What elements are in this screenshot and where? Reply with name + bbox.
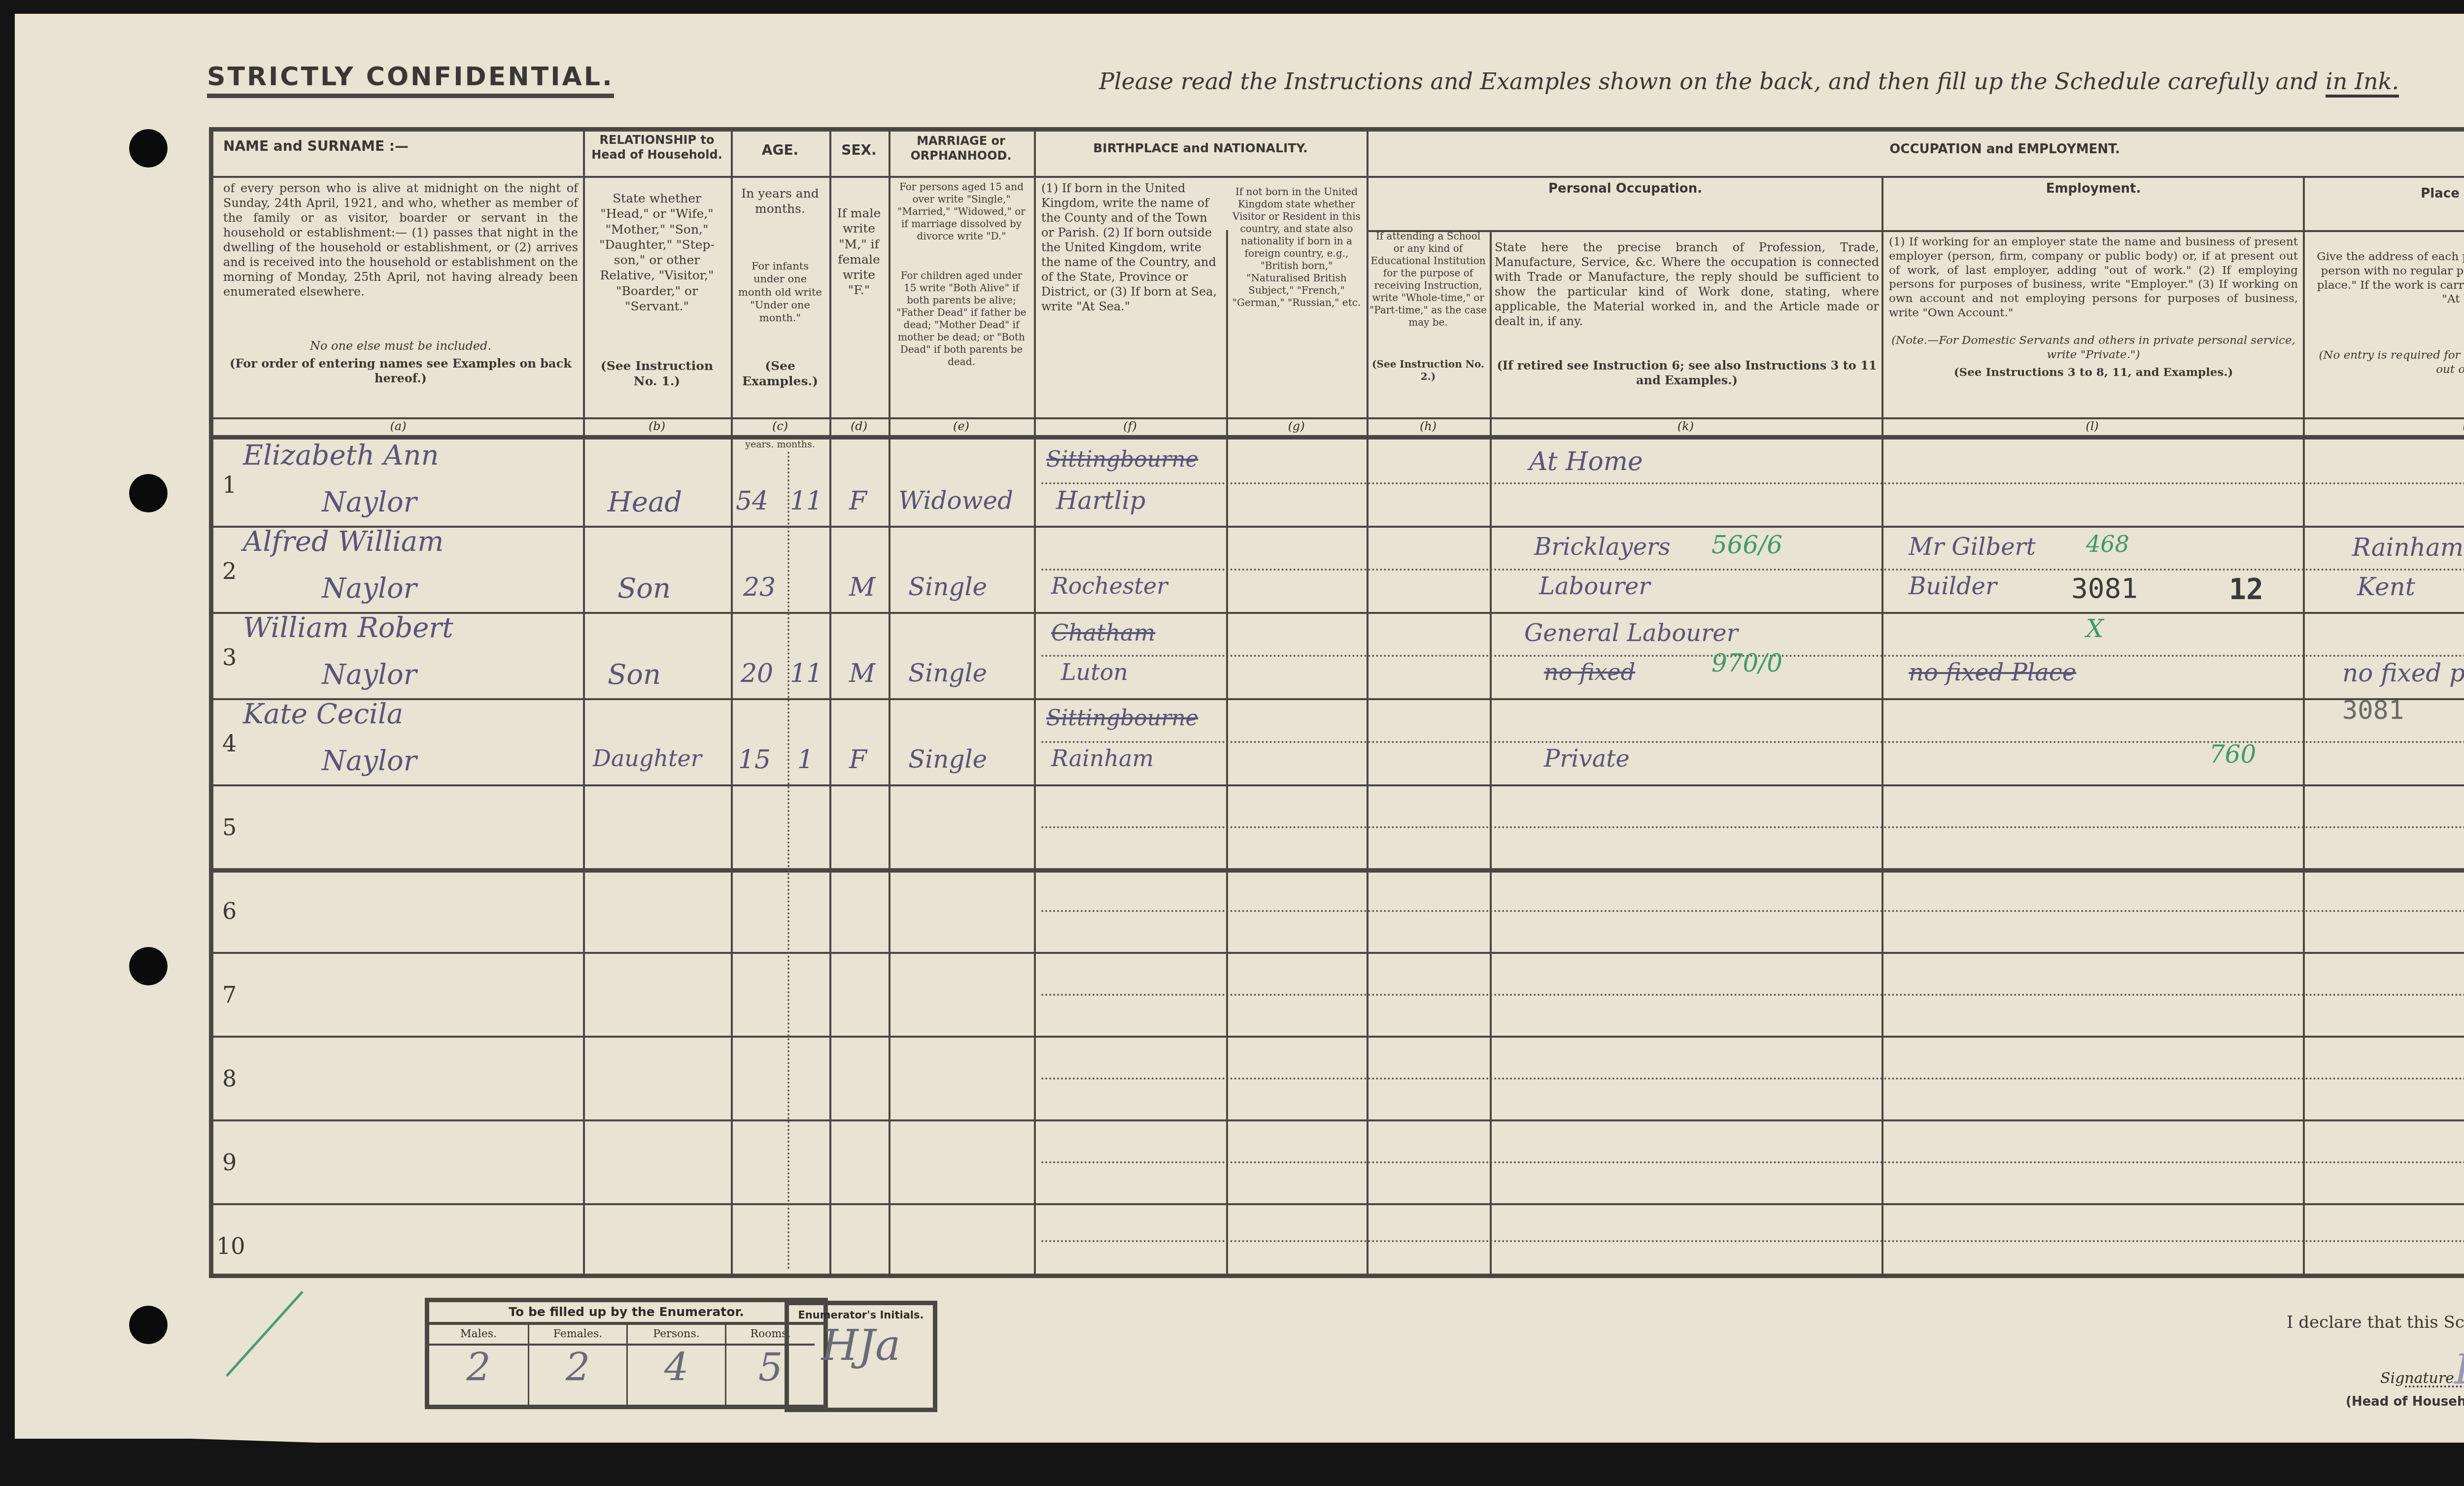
scan-border-bottom: [0, 1439, 2464, 1486]
employment-code: 760: [2209, 740, 2256, 769]
name-surname[interactable]: Naylor: [322, 486, 416, 518]
row-rule: [213, 612, 2464, 614]
confidential-heading: STRICTLY CONFIDENTIAL.: [207, 62, 614, 98]
initials-label: Enumerator's Initials.: [789, 1305, 933, 1321]
females-cell: Females. 2: [528, 1325, 626, 1405]
row-number: 4: [222, 730, 237, 757]
col-employment-note: (Note.—For Domestic Servants and others …: [1889, 334, 2298, 362]
col-marriage-title: MARRIAGE or ORPHANHOOD.: [890, 134, 1032, 163]
col-key-k: (k): [1490, 419, 1882, 433]
name-surname[interactable]: Naylor: [322, 745, 416, 777]
row-midline: [1041, 482, 2464, 484]
census-table: NAME and SURNAME :— of every person who …: [209, 127, 2464, 1278]
row-midline: [1041, 1078, 2464, 1080]
birthplace-value[interactable]: Rochester: [1051, 573, 1167, 599]
occupation-struck[interactable]: no fixed: [1544, 659, 1635, 685]
col-divider: [583, 132, 585, 1275]
row-rule-thick: [213, 868, 2464, 873]
relationship-value[interactable]: Son: [617, 573, 671, 605]
males-cell: Males. 2: [429, 1325, 528, 1405]
header-rule: [1367, 230, 2464, 232]
signature-line: [2405, 1385, 2464, 1387]
row-rule: [213, 784, 2464, 786]
row-rule: [213, 698, 2464, 700]
row-number: 7: [222, 981, 237, 1008]
row-number: 3: [222, 644, 237, 671]
col-education-footer: (See Instruction No. 2.): [1369, 358, 1487, 383]
employment-check-mark: X: [2086, 614, 2104, 643]
name-first[interactable]: William Robert: [243, 612, 453, 644]
header-rule: [213, 435, 2464, 439]
col-divider: [1367, 132, 1369, 1275]
place-of-work-value-2[interactable]: Kent: [2357, 573, 2415, 601]
col-birthplace-g-body: If not born in the United Kingdom state …: [1230, 186, 1364, 309]
scan-border-top: [0, 0, 2464, 14]
row-rule: [213, 526, 2464, 528]
marriage-value[interactable]: Single: [908, 573, 987, 601]
col-sex-body: If male write "M," if female write "F.": [834, 205, 884, 298]
col-place-of-work-note: (No entry is required for any person who…: [2310, 348, 2464, 377]
coding-stamp: 3081: [2071, 573, 2138, 605]
age-years[interactable]: 15: [738, 745, 771, 775]
row-rule: [213, 1119, 2464, 1121]
col-personal-occupation-footer: (If retired see Instruction 6; see also …: [1495, 358, 1879, 388]
declaration-text: I declare that this Schedule is correctl…: [2287, 1313, 2464, 1332]
marriage-value[interactable]: Single: [908, 745, 987, 774]
age-months[interactable]: 11: [790, 659, 822, 688]
row-midline: [1041, 910, 2464, 912]
col-marriage-note: For children aged under 15 write "Both A…: [893, 270, 1029, 368]
row-midline: [1041, 826, 2464, 828]
col-key-f: (f): [1034, 419, 1226, 433]
enumerator-initials-box: Enumerator's Initials. HJa: [785, 1301, 937, 1412]
row-midline: [1041, 1240, 2464, 1242]
birthplace-value[interactable]: Luton: [1061, 659, 1128, 685]
instruction-line: Please read the Instructions and Example…: [1099, 68, 2399, 95]
in-ink-emphasis: in Ink.: [2326, 68, 2399, 98]
col-divider: [829, 132, 831, 1275]
employment-value-2[interactable]: Builder: [1909, 573, 1997, 600]
row-number: 5: [222, 814, 237, 841]
row-midline: [1041, 994, 2464, 996]
occupation-code: 970/0: [1711, 649, 1782, 677]
enumerator-totals-box: To be filled up by the Enumerator. Males…: [425, 1298, 828, 1409]
row-number: 1: [222, 472, 237, 498]
sex-value[interactable]: M: [849, 659, 875, 688]
age-subheader: years. months.: [733, 439, 827, 451]
punch-hole: [129, 474, 168, 512]
employment-struck[interactable]: no fixed Place: [1909, 659, 2076, 686]
col-occupation-group-title: OCCUPATION and EMPLOYMENT.: [1367, 141, 2464, 158]
birthplace-struck[interactable]: Sittingbourne: [1046, 706, 1198, 731]
col-key-e: (e): [889, 419, 1034, 433]
col-relationship-footer: (See Instruction No. 1.): [588, 358, 726, 389]
col-place-of-work-title: Place of Work.: [2305, 186, 2464, 202]
col-birthplace-f-body: (1) If born in the United Kingdom, write…: [1041, 181, 1224, 314]
marriage-value[interactable]: Single: [908, 659, 987, 687]
signature-note: (Head of Household, Manager of Establish…: [2346, 1394, 2464, 1409]
col-name-note: No one else must be included.: [223, 338, 578, 353]
col-key-h: (h): [1367, 419, 1490, 433]
birthplace-struck[interactable]: Chatham: [1051, 619, 1155, 646]
name-first[interactable]: Alfred William: [243, 526, 444, 558]
sex-value[interactable]: M: [849, 573, 875, 602]
name-surname[interactable]: Naylor: [322, 659, 416, 691]
occupation-value[interactable]: At Home: [1529, 447, 1643, 476]
row-midline: [1041, 1161, 2464, 1163]
col-divider: [731, 132, 733, 1275]
females-count[interactable]: 2: [529, 1346, 626, 1390]
punch-hole: [129, 1306, 168, 1344]
col-name-body: of every person who is alive at midnight…: [223, 181, 578, 299]
initials-value[interactable]: HJa: [789, 1321, 933, 1370]
occupation-value[interactable]: General Labourer: [1524, 619, 1738, 647]
signature-label: Signature: [2380, 1370, 2454, 1387]
col-name-title: NAME and SURNAME :—: [223, 138, 409, 154]
col-employment-body: (1) If working for an employer state the…: [1889, 235, 2298, 320]
relationship-value[interactable]: Son: [608, 659, 661, 691]
col-key-m: (m): [2303, 419, 2464, 433]
col-key-a: (a): [213, 419, 583, 433]
row-midline: [1041, 569, 2464, 571]
persons-count[interactable]: 4: [628, 1346, 725, 1390]
col-divider: [1882, 176, 1883, 1275]
col-age-body: In years and months.: [736, 186, 824, 217]
row-rule: [213, 1036, 2464, 1038]
coding-stamp: 12: [2229, 573, 2263, 606]
col-sex-title: SEX.: [830, 141, 888, 159]
col-key-g: (g): [1226, 419, 1367, 433]
col-age-title: AGE.: [732, 141, 828, 159]
row-number: 9: [222, 1149, 237, 1176]
occupation-value-2[interactable]: Labourer: [1539, 573, 1650, 600]
age-years[interactable]: 20: [741, 659, 773, 688]
place-of-work-value[interactable]: no fixed place: [2342, 659, 2464, 687]
col-marriage-body: For persons aged 15 and over write "Sing…: [893, 181, 1029, 242]
row-number: 8: [222, 1065, 237, 1092]
employment-code: 468: [2086, 531, 2129, 557]
name-first[interactable]: Elizabeth Ann: [243, 439, 439, 472]
header-rule: [1034, 176, 2464, 178]
col-divider: [2303, 176, 2305, 1275]
age-years-months-divider: [787, 452, 789, 1270]
occupation-code: 566/6: [1711, 531, 1782, 559]
sex-value[interactable]: F: [849, 745, 867, 775]
birthplace-value[interactable]: Hartlip: [1056, 486, 1145, 515]
col-personal-occupation-body: State here the precise branch of Profess…: [1495, 240, 1879, 329]
header-rule: [213, 176, 1034, 178]
coding-stamp: 3081: [2342, 696, 2404, 725]
age-months[interactable]: 1: [797, 745, 814, 775]
row-rule: [213, 1203, 2464, 1205]
col-key-c: (c): [731, 419, 829, 433]
col-key-d: (d): [829, 419, 889, 433]
col-key-b: (b): [583, 419, 731, 433]
col-divider: [1226, 230, 1228, 1275]
relationship-value[interactable]: Head: [608, 486, 682, 518]
enumerator-box-title: To be filled up by the Enumerator.: [429, 1302, 823, 1325]
employment-value[interactable]: Mr Gilbert: [1909, 533, 2036, 561]
row-number: 10: [216, 1233, 245, 1259]
birthplace-struck[interactable]: Sittingbourne: [1046, 447, 1198, 472]
col-divider: [1490, 230, 1492, 1275]
birthplace-value[interactable]: Rainham: [1051, 745, 1154, 772]
col-key-l: (l): [1882, 419, 2303, 433]
marriage-value[interactable]: Widowed: [898, 486, 1013, 515]
col-place-of-work-body: Give the address of each person's place …: [2310, 250, 2464, 306]
col-relationship-title: RELATIONSHIP to Head of Household.: [584, 133, 730, 162]
occupation-value[interactable]: Bricklayers: [1534, 533, 1671, 561]
occupation-value[interactable]: Private: [1544, 745, 1630, 773]
col-name-footer: (For order of entering names see Example…: [223, 356, 578, 386]
col-age-footer: (See Examples.): [736, 358, 824, 389]
relationship-value[interactable]: Daughter: [593, 745, 702, 772]
punch-hole: [129, 129, 168, 168]
col-birthplace-title: BIRTHPLACE and NATIONALITY.: [1035, 140, 1366, 156]
name-first[interactable]: Kate Cecila: [243, 698, 403, 730]
males-count[interactable]: 2: [429, 1346, 528, 1390]
col-education-body: If attending a School or any kind of Edu…: [1369, 230, 1487, 329]
col-divider: [1034, 132, 1036, 1275]
row-number: 6: [222, 898, 237, 924]
col-employment-title: Employment.: [1884, 181, 2303, 197]
sex-value[interactable]: F: [849, 486, 867, 516]
persons-cell: Persons. 4: [626, 1325, 725, 1405]
row-number: 2: [222, 558, 237, 584]
punch-hole: [129, 947, 168, 985]
col-divider: [889, 132, 890, 1275]
row-rule: [213, 952, 2464, 954]
col-age-note: For infants under one month old write "U…: [736, 260, 824, 324]
age-years[interactable]: 23: [743, 573, 776, 602]
age-years[interactable]: 54: [736, 486, 768, 516]
col-personal-occupation-title: Personal Occupation.: [1369, 181, 1882, 197]
col-employment-footer: (See Instructions 3 to 8, 11, and Exampl…: [1889, 366, 2298, 380]
place-of-work-value[interactable]: Rainham: [2352, 533, 2464, 562]
name-surname[interactable]: Naylor: [322, 573, 416, 605]
age-months[interactable]: 11: [790, 486, 822, 516]
col-relationship-body: State whether "Head," or "Wife," "Mother…: [588, 191, 726, 314]
